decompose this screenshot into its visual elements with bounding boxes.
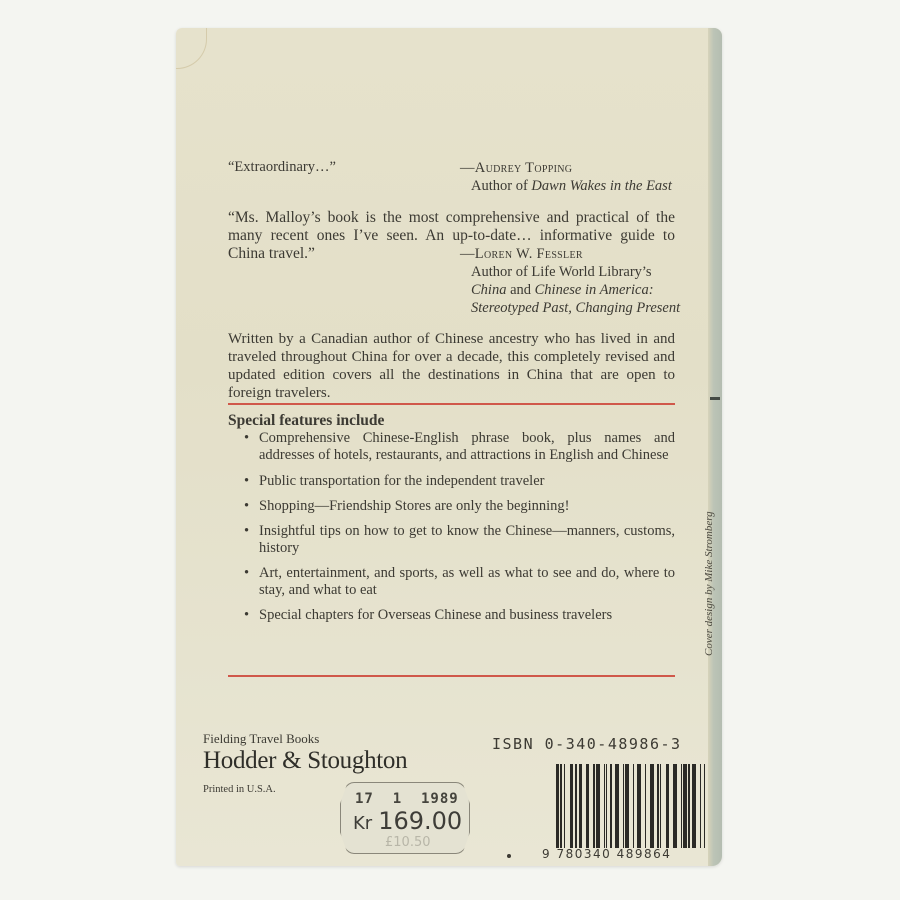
publisher-name: Hodder & Stoughton: [203, 747, 407, 775]
bullet-icon: •: [244, 523, 249, 540]
credit-title: Chinese in America:: [535, 282, 654, 298]
attribution-credit: Author of Dawn Wakes in the East: [460, 177, 672, 195]
divider-rule: [228, 675, 675, 677]
attribution-credit-line: China and Chinese in America:: [460, 281, 680, 299]
features-heading: Special features include: [228, 412, 384, 430]
feature-item: •Special chapters for Overseas Chinese a…: [244, 607, 675, 624]
features-list: •Comprehensive Chinese-English phrase bo…: [244, 430, 675, 632]
attribution-credit-line: Stereotyped Past, Changing Present: [460, 299, 680, 317]
isbn-text: ISBN 0-340-48986-3: [492, 735, 682, 753]
price-sticker: 17 1 1989 Kr169.00 £10.50: [340, 782, 470, 854]
feature-item: •Art, entertainment, and sports, as well…: [244, 565, 675, 599]
bullet-icon: •: [244, 607, 249, 624]
bullet-icon: •: [244, 430, 249, 447]
book-description: Written by a Canadian author of Chinese …: [228, 330, 675, 402]
book-spine: [708, 28, 722, 866]
publisher-series: Fielding Travel Books: [203, 731, 319, 747]
bullet-icon: •: [244, 565, 249, 582]
credit-prefix: Author of: [471, 178, 531, 194]
credit-title: China: [471, 282, 506, 298]
credit-connector: and: [506, 282, 534, 298]
speck: [507, 854, 511, 858]
attribution-name: —Loren W. Fessler: [460, 246, 583, 262]
blurb-attribution-1: —Audrey Topping Author of Dawn Wakes in …: [460, 159, 672, 195]
barcode-number: 9 780340 489864: [542, 847, 671, 861]
corner-stain: [176, 28, 207, 69]
attribution-credit-line: Author of Life World Library’s: [460, 263, 680, 281]
faded-price: £10.50: [385, 835, 431, 850]
feature-item: •Insightful tips on how to get to know t…: [244, 523, 675, 557]
sticker-price: Kr169.00: [353, 807, 462, 835]
feature-item: •Shopping—Friendship Stores are only the…: [244, 498, 675, 515]
feature-text: Special chapters for Overseas Chinese an…: [259, 607, 612, 623]
divider-rule: [228, 403, 675, 405]
bullet-icon: •: [244, 498, 249, 515]
blurb-quote-1: “Extraordinary…”: [228, 159, 336, 176]
feature-item: •Comprehensive Chinese-English phrase bo…: [244, 430, 675, 464]
feature-text: Comprehensive Chinese-English phrase boo…: [259, 430, 675, 463]
spine-mark: [710, 397, 720, 400]
blurb-attribution-2: —Loren W. Fessler Author of Life World L…: [460, 245, 680, 317]
bullet-icon: •: [244, 473, 249, 490]
price-value: 169.00: [378, 807, 462, 835]
feature-text: Insightful tips on how to get to know th…: [259, 523, 675, 556]
book-back-cover: “Extraordinary…” —Audrey Topping Author …: [176, 28, 722, 866]
feature-text: Shopping—Friendship Stores are only the …: [259, 498, 570, 514]
feature-text: Public transportation for the independen…: [259, 473, 544, 489]
credit-title: Dawn Wakes in the East: [531, 178, 671, 194]
sticker-date: 17 1 1989: [355, 791, 459, 807]
printed-in: Printed in U.S.A.: [203, 784, 276, 795]
barcode: [556, 764, 708, 848]
feature-item: •Public transportation for the independe…: [244, 473, 675, 490]
feature-text: Art, entertainment, and sports, as well …: [259, 565, 675, 598]
attribution-name: —Audrey Topping: [460, 160, 572, 176]
currency-label: Kr: [353, 813, 372, 834]
cover-design-credit: Cover design by Mike Stromberg: [703, 511, 715, 656]
